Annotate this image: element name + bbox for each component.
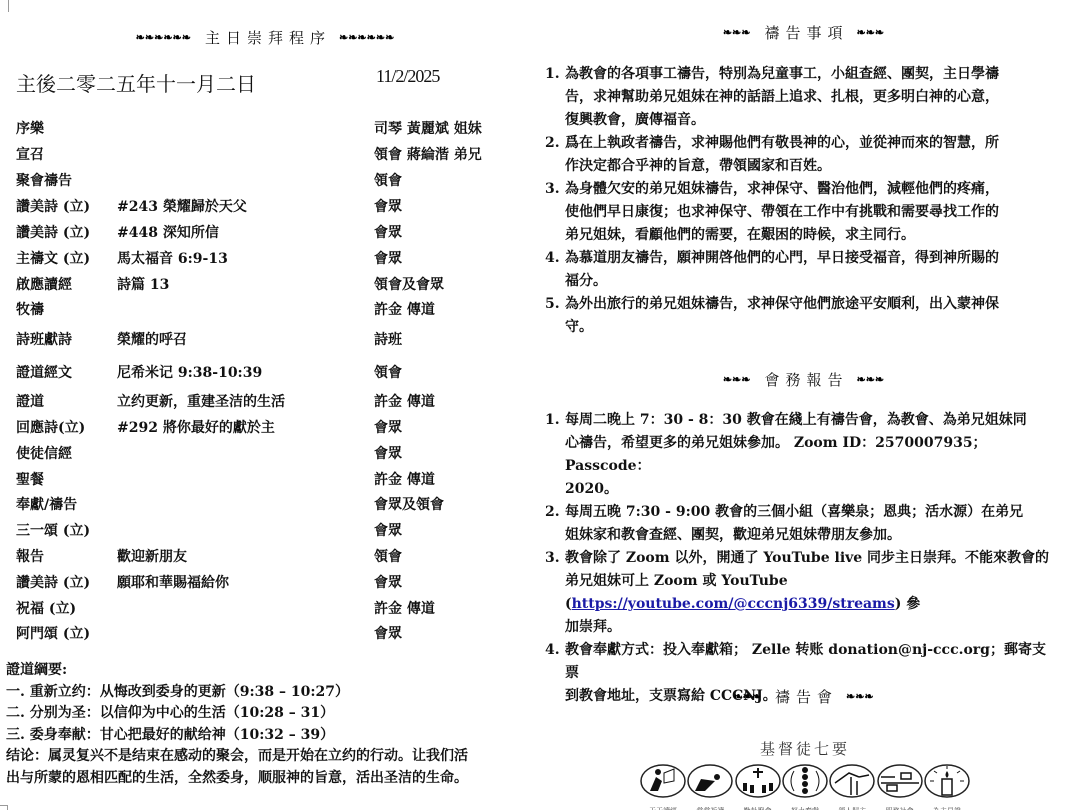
order-item: 祝福 (立) (16, 598, 76, 618)
fleuron-ornament-icon: ❧❧❧ (846, 690, 874, 703)
order-leader: 司琴 黃麗斌 姐妹 (374, 118, 482, 138)
order-leader: 會眾 (374, 443, 402, 463)
order-item: 讚美詩 (立) (16, 222, 90, 242)
seven-essential-label: 常常祈禱 (696, 806, 724, 810)
seven-essential-label: 天天讀經 (649, 806, 677, 810)
seven-essential-item: 服務社會 (877, 763, 923, 810)
seven-essential-item: 為主見證 (924, 763, 970, 810)
evangelism-icon (829, 763, 875, 803)
seven-essential-item: 領人歸主 (829, 763, 875, 810)
seven-essential-item: 努力奉獻 (782, 763, 828, 810)
seven-essential-item: 常常祈禱 (687, 763, 733, 810)
order-item: 回應詩(立) (16, 417, 85, 437)
announcements-column: ❧❧❧ 禱告事項 ❧❧❧ 1.為教會的各項事工禱告，特別為兒童事工，小組查經、團… (535, 0, 1072, 810)
fleuron-ornament-icon: ❧❧❧❧❧❧ (136, 31, 191, 44)
prayer-items-title: 禱告事項 (764, 22, 848, 43)
news-item: 3. 教會除了 Zoom 以外，開通了 YouTube live 同步主日崇拜。… (535, 547, 1055, 639)
order-item: 阿門頌 (立) (16, 623, 90, 643)
sermon-outline: 證道綱要: 一. 重新立约：从悔改到委身的更新（9:38 – 10:27） 二.… (6, 660, 526, 789)
offering-icon (782, 763, 828, 803)
seven-essential-label: 領人歸主 (838, 806, 866, 810)
fleuron-ornament-icon: ❧❧❧❧❧❧ (339, 31, 394, 44)
order-item: 奉獻/禱告 (16, 494, 77, 514)
seven-essentials-icons: 天天讀經常常祈禱勤赴聚會努力奉獻領人歸主服務社會為主見證 (640, 763, 970, 810)
prayer-meeting-title: 禱告會 (775, 686, 838, 707)
order-leader: 許金 傳道 (374, 598, 435, 618)
prayer-items-heading: ❧❧❧ 禱告事項 ❧❧❧ (535, 22, 1072, 43)
order-detail: 馬太福音 6:9-13 (117, 248, 228, 268)
sermon-outline-point: 三. 委身奉献：甘心把最好的献给神（10:32 – 39） (6, 725, 526, 747)
order-leader: 許金 傳道 (374, 299, 435, 319)
seven-essential-label: 為主見證 (933, 806, 961, 810)
fleuron-ornament-icon: ❧❧❧ (723, 373, 751, 386)
date-chinese: 主後二零二五年十一月二日 (16, 68, 256, 97)
prayer-item: 5.為外出旅行的弟兄姐妹禱告，求神保守他們旅途平安順利，出入蒙神保守。 (535, 293, 1055, 339)
order-item: 聖餐 (16, 469, 44, 489)
order-leader: 會眾 (374, 222, 402, 242)
order-item: 主禱文 (立) (16, 248, 90, 268)
prayer-item: 2.爲在上執政者禱告，求神賜他們有敬畏神的心，並從神而來的智慧，所作決定都合乎神… (535, 132, 1055, 178)
gathering-icon (735, 763, 781, 803)
worship-order-row: 聚會禱告領會 (16, 170, 516, 192)
worship-order-row: 證道經文尼希米记 9:38-10:39領會 (16, 362, 516, 384)
church-news-list: 1.每周二晚上 7：30 - 8：30 教會在綫上有禱告會，為教會、為弟兄姐妹同… (535, 409, 1055, 708)
worship-order-row: 阿門頌 (立)會眾 (16, 623, 516, 645)
order-leader: 會眾及領會 (374, 494, 444, 514)
order-item: 牧禱 (16, 299, 44, 319)
fleuron-ornament-icon: ❧❧❧ (723, 26, 751, 39)
worship-order-row: 序樂司琴 黃麗斌 姐妹 (16, 118, 516, 140)
fleuron-ornament-icon: ❧❧❧ (857, 26, 885, 39)
order-item: 詩班獻詩 (16, 329, 72, 349)
order-detail: #243 榮耀歸於天父 (117, 196, 247, 216)
order-leader: 會眾 (374, 572, 402, 592)
worship-order-row: 啟應讀經詩篇 13領會及會眾 (16, 274, 516, 296)
sermon-conclusion: 结论：属灵复兴不是结束在感动的聚会，而是开始在立约的行动。让我们活 (6, 746, 526, 768)
prayer-item: 4.為慕道朋友禱告，願神開啓他們的心門，早日接受福音，得到神所賜的福分。 (535, 247, 1055, 293)
sermon-outline-point: 一. 重新立约：从悔改到委身的更新（9:38 – 10:27） (6, 682, 526, 704)
order-detail: 歡迎新朋友 (117, 546, 187, 566)
worship-order-row: 祝福 (立)許金 傳道 (16, 598, 516, 620)
sermon-outline-point: 二. 分别为圣：以信仰为中心的生活（10:28 – 31） (6, 703, 526, 725)
worship-order-row: 奉獻/禱告會眾及領會 (16, 494, 516, 516)
order-leader: 領會 蔣綸湝 弟兄 (374, 144, 482, 164)
order-detail: 詩篇 13 (117, 274, 169, 294)
worship-order-row: 聖餐許金 傳道 (16, 469, 516, 491)
church-news-title: 會務報告 (764, 369, 848, 390)
order-leader: 會眾 (374, 623, 402, 643)
order-detail: 願耶和華賜福給你 (117, 572, 229, 592)
seven-essential-label: 勤赴聚會 (744, 806, 772, 810)
prayer-items-list: 1.為教會的各項事工禱告，特別為兒童事工，小組查經、團契，主日學禱告，求神幫助弟… (535, 63, 1055, 339)
worship-order-row: 讚美詩 (立)願耶和華賜福給你會眾 (16, 572, 516, 594)
order-item: 序樂 (16, 118, 44, 138)
worship-order-row: 宣召領會 蔣綸湝 弟兄 (16, 144, 516, 166)
order-detail: 立约更新，重建圣洁的生活 (117, 391, 285, 411)
worship-order-row: 回應詩(立)#292 將你最好的獻於主會眾 (16, 417, 516, 439)
worship-order-row: 三一頌 (立)會眾 (16, 520, 516, 542)
youtube-streams-link[interactable]: https://youtube.com/@cccnj6339/streams (572, 596, 895, 612)
order-leader: 會眾 (374, 520, 402, 540)
news-item: 2.每周五晚 7:30 - 9:00 教會的三個小組（喜樂泉；恩典；活水源）在弟… (535, 501, 1055, 547)
order-item: 讚美詩 (立) (16, 572, 90, 592)
order-item: 聚會禱告 (16, 170, 72, 190)
order-item: 三一頌 (立) (16, 520, 90, 540)
fleuron-ornament-icon: ❧❧❧ (857, 373, 885, 386)
order-item: 讚美詩 (立) (16, 196, 90, 216)
prayer-meeting-heading: ❧❧❧ 禱告會 ❧❧❧ (535, 686, 1072, 707)
church-news-heading: ❧❧❧ 會務報告 ❧❧❧ (535, 369, 1072, 390)
date-numeric: 11/2/2025 (376, 66, 439, 87)
order-detail: #448 深知所信 (117, 222, 219, 242)
worship-order-column: ❧❧❧❧❧❧ 主日崇拜程序 ❧❧❧❧❧❧ 主後二零二五年十一月二日 11/2/2… (0, 0, 530, 810)
witness-candle-icon (924, 763, 970, 803)
seven-essential-item: 天天讀經 (640, 763, 686, 810)
seven-christian-essentials: 基督徒七要 天天讀經常常祈禱勤赴聚會努力奉獻領人歸主服務社會為主見證 (640, 738, 970, 810)
order-item: 啟應讀經 (16, 274, 72, 294)
worship-order-heading: ❧❧❧❧❧❧ 主日崇拜程序 ❧❧❧❧❧❧ (0, 27, 530, 48)
order-item: 證道經文 (16, 362, 72, 382)
sermon-conclusion: 出与所蒙的恩相匹配的生活，全然委身，顺服神的旨意，活出圣洁的生命。 (6, 768, 526, 790)
order-item: 宣召 (16, 144, 44, 164)
worship-order-row: 使徒信經會眾 (16, 443, 516, 465)
order-item: 證道 (16, 391, 44, 411)
fleuron-ornament-icon: ❧❧❧ (733, 690, 761, 703)
order-item: 使徒信經 (16, 443, 72, 463)
worship-order-row: 牧禱許金 傳道 (16, 299, 516, 321)
worship-order-row: 證道立约更新，重建圣洁的生活許金 傳道 (16, 391, 516, 413)
prayer-item: 1.為教會的各項事工禱告，特別為兒童事工，小組查經、團契，主日學禱告，求神幫助弟… (535, 63, 1055, 132)
worship-order-row: 讚美詩 (立)#448 深知所信會眾 (16, 222, 516, 244)
seven-essential-label: 努力奉獻 (791, 806, 819, 810)
order-item: 報告 (16, 546, 44, 566)
order-leader: 領會 (374, 362, 402, 382)
order-leader: 許金 傳道 (374, 469, 435, 489)
worship-order-row: 報告歡迎新朋友領會 (16, 546, 516, 568)
order-detail: #292 將你最好的獻於主 (117, 417, 275, 437)
seven-essential-label: 服務社會 (886, 806, 914, 810)
order-leader: 詩班 (374, 329, 402, 349)
praying-icon (687, 763, 733, 803)
worship-order-row: 詩班獻詩榮耀的呼召詩班 (16, 329, 516, 351)
worship-order-row: 讚美詩 (立)#243 榮耀歸於天父會眾 (16, 196, 516, 218)
order-leader: 許金 傳道 (374, 391, 435, 411)
order-leader: 領會 (374, 546, 402, 566)
worship-order-title: 主日崇拜程序 (205, 27, 331, 48)
order-leader: 會眾 (374, 196, 402, 216)
news-item: 1.每周二晚上 7：30 - 8：30 教會在綫上有禱告會，為教會、為弟兄姐妹同… (535, 409, 1055, 501)
order-leader: 領會及會眾 (374, 274, 444, 294)
order-leader: 會眾 (374, 417, 402, 437)
order-leader: 領會 (374, 170, 402, 190)
service-icon (877, 763, 923, 803)
worship-order-row: 主禱文 (立)馬太福音 6:9-13會眾 (16, 248, 516, 270)
seven-essential-item: 勤赴聚會 (735, 763, 781, 810)
sermon-outline-heading: 證道綱要: (6, 660, 526, 682)
order-detail: 榮耀的呼召 (117, 329, 187, 349)
seven-essentials-title: 基督徒七要 (640, 738, 970, 759)
order-detail: 尼希米记 9:38-10:39 (117, 362, 262, 382)
reading-bible-icon (640, 763, 686, 803)
order-leader: 會眾 (374, 248, 402, 268)
prayer-item: 3.為身體欠安的弟兄姐妹禱告，求神保守、醫治他們，減輕他們的疼痛，使他們早日康復… (535, 178, 1055, 247)
